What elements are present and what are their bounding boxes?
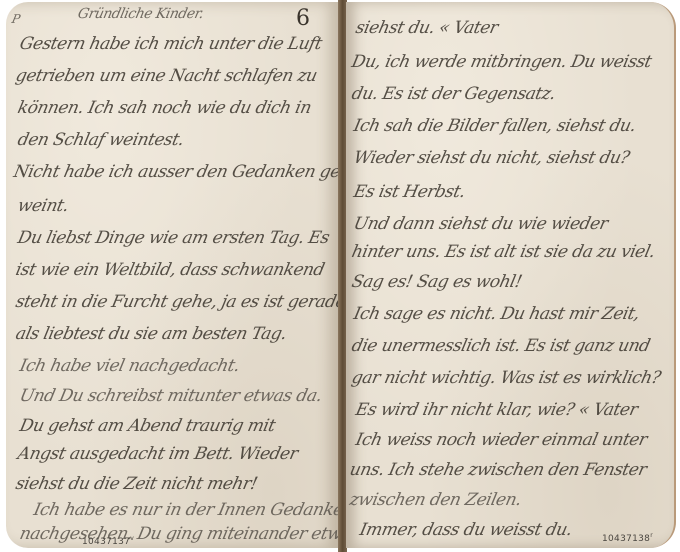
text-line: Ich weiss noch wieder einmal unter bbox=[354, 430, 649, 450]
folio-number: 10437137v bbox=[82, 535, 134, 547]
text-line: Ich sage es nicht. Du hast mir Zeit, bbox=[352, 304, 641, 324]
text-line: weint. bbox=[16, 196, 70, 216]
page-number-mark: 6 bbox=[296, 6, 310, 31]
text-line: Ich sah die Bilder fallen, siehst du. bbox=[352, 116, 638, 136]
text-line: können. Ich sah noch wie du dich in bbox=[16, 98, 313, 118]
text-line: Gestern habe ich mich unter die Luft bbox=[18, 34, 324, 54]
notebook-spread: 6 P Gründliche Kinder. Gestern habe ich … bbox=[0, 0, 680, 552]
text-line: uns. Ich stehe zwischen den Fenster bbox=[348, 460, 648, 480]
left-page: 6 P Gründliche Kinder. Gestern habe ich … bbox=[6, 2, 340, 548]
text-line: gar nicht wichtig. Was ist es wirklich? bbox=[350, 368, 663, 388]
text-line: steht in die Furcht gehe, ja es ist gera… bbox=[14, 292, 352, 312]
page-heading: Gründliche Kinder. bbox=[76, 6, 205, 22]
text-line: als liebtest du sie am besten Tag. bbox=[14, 324, 289, 344]
text-line: getrieben um eine Nacht schlafen zu bbox=[14, 66, 319, 86]
text-line: ist wie ein Weltbild, dass schwankend bbox=[14, 260, 326, 280]
text-line: zwischen den Zeilen. bbox=[348, 490, 523, 510]
text-line: Es ist Herbst. bbox=[352, 182, 467, 202]
right-page: siehst du. « Vater Du, ich werde mitbrin… bbox=[346, 2, 676, 548]
text-line: du. Es ist der Gegensatz. bbox=[350, 84, 557, 104]
text-line: Immer, dass du weisst du. bbox=[358, 520, 574, 540]
text-line: Ich habe viel nachgedacht. bbox=[18, 356, 241, 376]
text-line: Nicht habe ich ausser den Gedanken ge- bbox=[12, 162, 347, 182]
text-line: siehst du die Zeit nicht mehr! bbox=[14, 474, 259, 494]
text-line: hinter uns. Es ist alt ist sie da zu vie… bbox=[350, 242, 657, 262]
text-line: Sag es! Sag es wohl! bbox=[350, 272, 524, 292]
text-line: Es wird ihr nicht klar, wie? « Vater bbox=[354, 400, 639, 420]
text-line: Ich habe es nur in der Innen Gedanken bbox=[32, 500, 356, 520]
text-line: Du liebst Dinge wie am ersten Tag. Es bbox=[16, 228, 331, 248]
folio-number: 10437138r bbox=[602, 532, 653, 544]
text-line: die unermesslich ist. Es ist ganz und bbox=[350, 336, 652, 356]
margin-mark: P bbox=[11, 12, 22, 26]
text-line: Und dann siehst du wie wieder bbox=[352, 214, 610, 234]
text-line: Du, ich werde mitbringen. Du weisst bbox=[350, 52, 653, 72]
text-line: siehst du. « Vater bbox=[354, 18, 500, 38]
text-line: nachgesehen. Du ging miteinander etwas. bbox=[18, 524, 366, 544]
text-line: Angst ausgedacht im Bett. Wieder bbox=[16, 444, 300, 464]
text-line: Du gehst am Abend traurig mit bbox=[18, 416, 277, 436]
text-line: Wieder siehst du nicht, siehst du? bbox=[352, 148, 631, 168]
text-line: den Schlaf weintest. bbox=[16, 130, 186, 150]
text-line: Und Du schreibst mitunter etwas da. bbox=[18, 386, 324, 406]
